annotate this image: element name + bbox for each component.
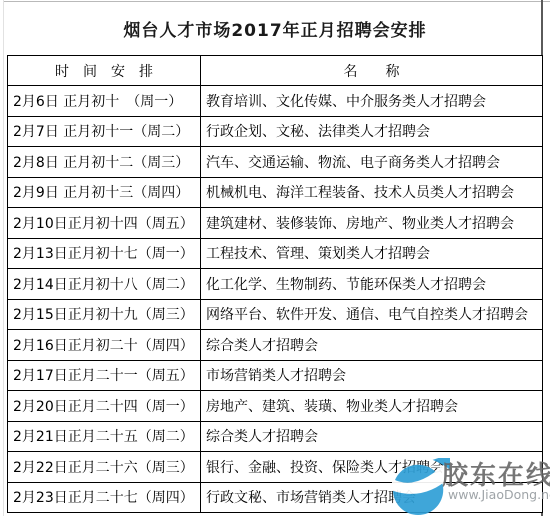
cell-fair-name: 银行、金融、投资、保险类人才招聘会 — [201, 452, 543, 483]
table-row: 2月22日正月二十六（周三） 银行、金融、投资、保险类人才招聘会 — [8, 452, 543, 483]
cell-fair-name: 建筑建材、装修装饰、房地产、物业类人才招聘会 — [201, 208, 543, 239]
table-row: 2月16日正月初二十（周四） 综合类人才招聘会 — [8, 330, 543, 361]
cell-fair-name: 市场营销类人才招聘会 — [201, 360, 543, 391]
table-row: 2月7日 正月初十一（周二） 行政企划、文秘、法律类人才招聘会 — [8, 116, 543, 147]
page-border-top — [4, 1, 550, 2]
table-row: 2月6日 正月初十 （周一） 教育培训、文化传媒、中介服务类人才招聘会 — [8, 86, 543, 117]
col-header-name: 名 称 — [201, 56, 543, 86]
cell-fair-name: 房地产、建筑、装璜、物业类人才招聘会 — [201, 391, 543, 422]
cell-fair-name: 行政文秘、市场营销类人才招聘会 — [201, 482, 543, 513]
cell-date: 2月17日正月二十一（周五） — [8, 360, 201, 391]
cell-date: 2月23日正月二十七（周四） — [8, 482, 201, 513]
table-row: 2月13日正月初十七（周一） 工程技术、管理、策划类人才招聘会 — [8, 238, 543, 269]
cell-date: 2月10日正月初十四（周五） — [8, 208, 201, 239]
table-row: 2月9日 正月初十三（周四） 机械机电、海洋工程装备、技术人员类人才招聘会 — [8, 177, 543, 208]
cell-date: 2月15日正月初十九（周三） — [8, 299, 201, 330]
cell-fair-name: 综合类人才招聘会 — [201, 330, 543, 361]
table-row: 2月20日正月二十四（周一） 房地产、建筑、装璜、物业类人才招聘会 — [8, 391, 543, 422]
page-title: 烟台人才市场2017年正月招聘会安排 — [0, 16, 550, 41]
cell-date: 2月8日 正月初十二（周三） — [8, 147, 201, 178]
table-row: 2月14日正月初十八（周二） 化工化学、生物制药、节能环保类人才招聘会 — [8, 269, 543, 300]
cell-fair-name: 汽车、交通运输、物流、电子商务类人才招聘会 — [201, 147, 543, 178]
cell-fair-name: 网络平台、软件开发、通信、电气自控类人才招聘会 — [201, 299, 543, 330]
cell-fair-name: 综合类人才招聘会 — [201, 421, 543, 452]
cell-fair-name: 机械机电、海洋工程装备、技术人员类人才招聘会 — [201, 177, 543, 208]
table-row: 2月8日 正月初十二（周三） 汽车、交通运输、物流、电子商务类人才招聘会 — [8, 147, 543, 178]
cell-fair-name: 行政企划、文秘、法律类人才招聘会 — [201, 116, 543, 147]
page-border-left — [3, 0, 4, 516]
cell-date: 2月21日正月二十五（周二） — [8, 421, 201, 452]
table-row: 2月10日正月初十四（周五） 建筑建材、装修装饰、房地产、物业类人才招聘会 — [8, 208, 543, 239]
schedule-table: 时 间 安 排 名 称 2月6日 正月初十 （周一） 教育培训、文化传媒、中介服… — [7, 55, 543, 513]
cell-date: 2月9日 正月初十三（周四） — [8, 177, 201, 208]
cell-date: 2月16日正月初二十（周四） — [8, 330, 201, 361]
cell-date: 2月14日正月初十八（周二） — [8, 269, 201, 300]
table-row: 2月17日正月二十一（周五） 市场营销类人才招聘会 — [8, 360, 543, 391]
cell-date: 2月13日正月初十七（周一） — [8, 238, 201, 269]
cell-date: 2月20日正月二十四（周一） — [8, 391, 201, 422]
table-row: 2月23日正月二十七（周四） 行政文秘、市场营销类人才招聘会 — [8, 482, 543, 513]
cell-fair-name: 工程技术、管理、策划类人才招聘会 — [201, 238, 543, 269]
cell-date: 2月7日 正月初十一（周二） — [8, 116, 201, 147]
article-image-page: 烟台人才市场2017年正月招聘会安排 时 间 安 排 名 称 2月6日 正月初十… — [0, 0, 550, 516]
cell-date: 2月22日正月二十六（周三） — [8, 452, 201, 483]
table-row: 2月15日正月初十九（周三） 网络平台、软件开发、通信、电气自控类人才招聘会 — [8, 299, 543, 330]
cell-fair-name: 化工化学、生物制药、节能环保类人才招聘会 — [201, 269, 543, 300]
table-header-row: 时 间 安 排 名 称 — [8, 56, 543, 86]
cell-date: 2月6日 正月初十 （周一） — [8, 86, 201, 117]
table-row: 2月21日正月二十五（周二） 综合类人才招聘会 — [8, 421, 543, 452]
col-header-time: 时 间 安 排 — [8, 56, 201, 86]
cell-fair-name: 教育培训、文化传媒、中介服务类人才招聘会 — [201, 86, 543, 117]
